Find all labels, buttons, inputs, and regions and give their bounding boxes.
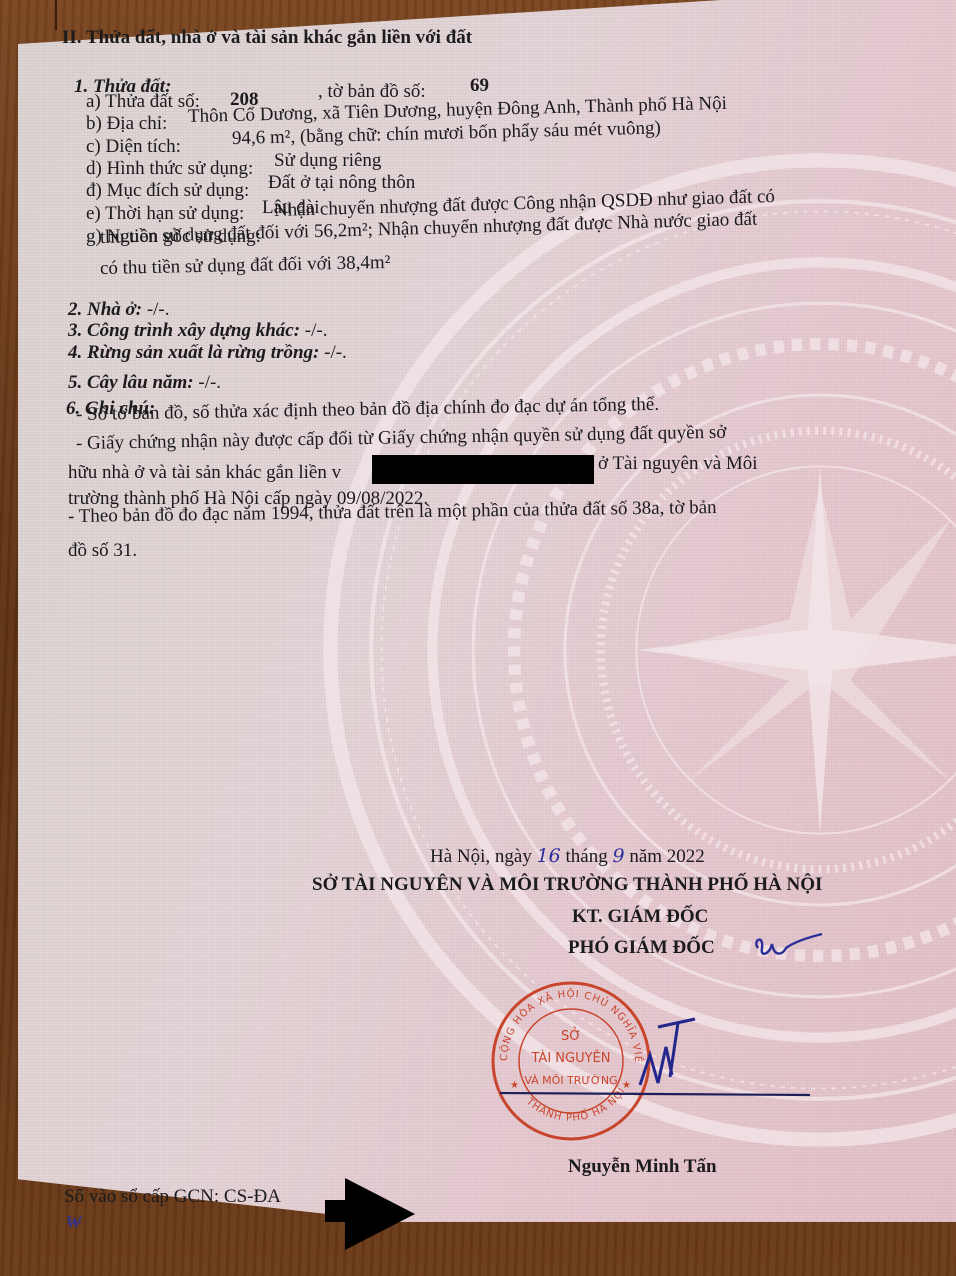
note-line-1: - Số tờ bản đồ, số thửa xác định theo bả… [76, 394, 659, 426]
handwritten-registry-mark: ₩ [66, 1212, 81, 1233]
house-item-value: -/-. [147, 299, 170, 320]
year-label: năm 2022 [629, 846, 704, 867]
area-label: c) Diện tích: [86, 136, 181, 158]
role-deputy-director: PHÓ GIÁM ĐỐC [568, 937, 715, 959]
note-line-6: đồ số 31. [68, 540, 137, 562]
handwritten-day: 16 [537, 845, 561, 867]
signer-name: Nguyễn Minh Tấn [568, 1156, 717, 1178]
use-form-label: d) Hình thức sử dụng: [86, 158, 253, 180]
role-kt-director: KT. GIÁM ĐỐC [572, 906, 708, 928]
purpose-value: Đất ở tại nông thôn [268, 172, 415, 194]
handwritten-month: 9 [613, 845, 625, 867]
redaction-bar [372, 455, 594, 484]
note-line-2: - Giấy chứng nhận này được cấp đổi từ Gi… [76, 422, 727, 455]
other-construction: 3. Công trình xây dựng khác: -/-. [68, 320, 327, 342]
note-line-3b: ở Tài nguyên và Môi [598, 453, 758, 475]
perennial-trees-label: 5. Cây lâu năm: [68, 372, 194, 393]
house-label: 2. Nhà ở: -/-. [68, 299, 170, 321]
note-line-3a: hữu nhà ở và tài sản khác gắn liền v [68, 462, 341, 484]
agency-name: SỞ TÀI NGUYÊN VÀ MÔI TRƯỜNG THÀNH PHỐ HÀ… [312, 874, 822, 896]
use-form-value: Sử dụng riêng [274, 150, 381, 172]
registry-label: Số vào sổ cấp GCN: CS-ĐA [64, 1186, 281, 1208]
date-prefix: Hà Nội, ngày [430, 846, 532, 867]
planted-forest-value: -/-. [324, 342, 347, 363]
planted-forest: 4. Rừng sản xuất là rừng trồng: -/-. [68, 342, 347, 364]
other-construction-value: -/-. [305, 320, 328, 341]
purpose-label: đ) Mục đích sử dụng: [86, 180, 249, 202]
initials-signature-icon [750, 930, 830, 964]
address-label: b) Địa chỉ: [86, 113, 167, 135]
issue-date: Hà Nội, ngày 16 tháng 9 năm 2022 [430, 845, 705, 868]
section-title: II. Thửa đất, nhà ở và tài sản khác gắn … [62, 27, 472, 49]
parcel-label: a) Thửa đất số: [86, 91, 200, 113]
map-sheet-number: 69 [470, 75, 489, 97]
origin-line-3: có thu tiền sử dụng đất đối với 38,4m² [100, 252, 391, 280]
planted-forest-label: 4. Rừng sản xuất là rừng trồng: [68, 342, 319, 363]
perennial-trees-value: -/-. [198, 372, 221, 393]
month-label: tháng [566, 846, 608, 867]
term-label: e) Thời hạn sử dụng: [86, 203, 244, 225]
redaction-arrow-icon [325, 1178, 425, 1252]
perennial-trees: 5. Cây lâu năm: -/-. [68, 372, 221, 394]
other-construction-label: 3. Công trình xây dựng khác: [68, 320, 300, 341]
house-item-label: 2. Nhà ở: [68, 299, 142, 320]
handwritten-signature-icon [490, 1005, 820, 1105]
